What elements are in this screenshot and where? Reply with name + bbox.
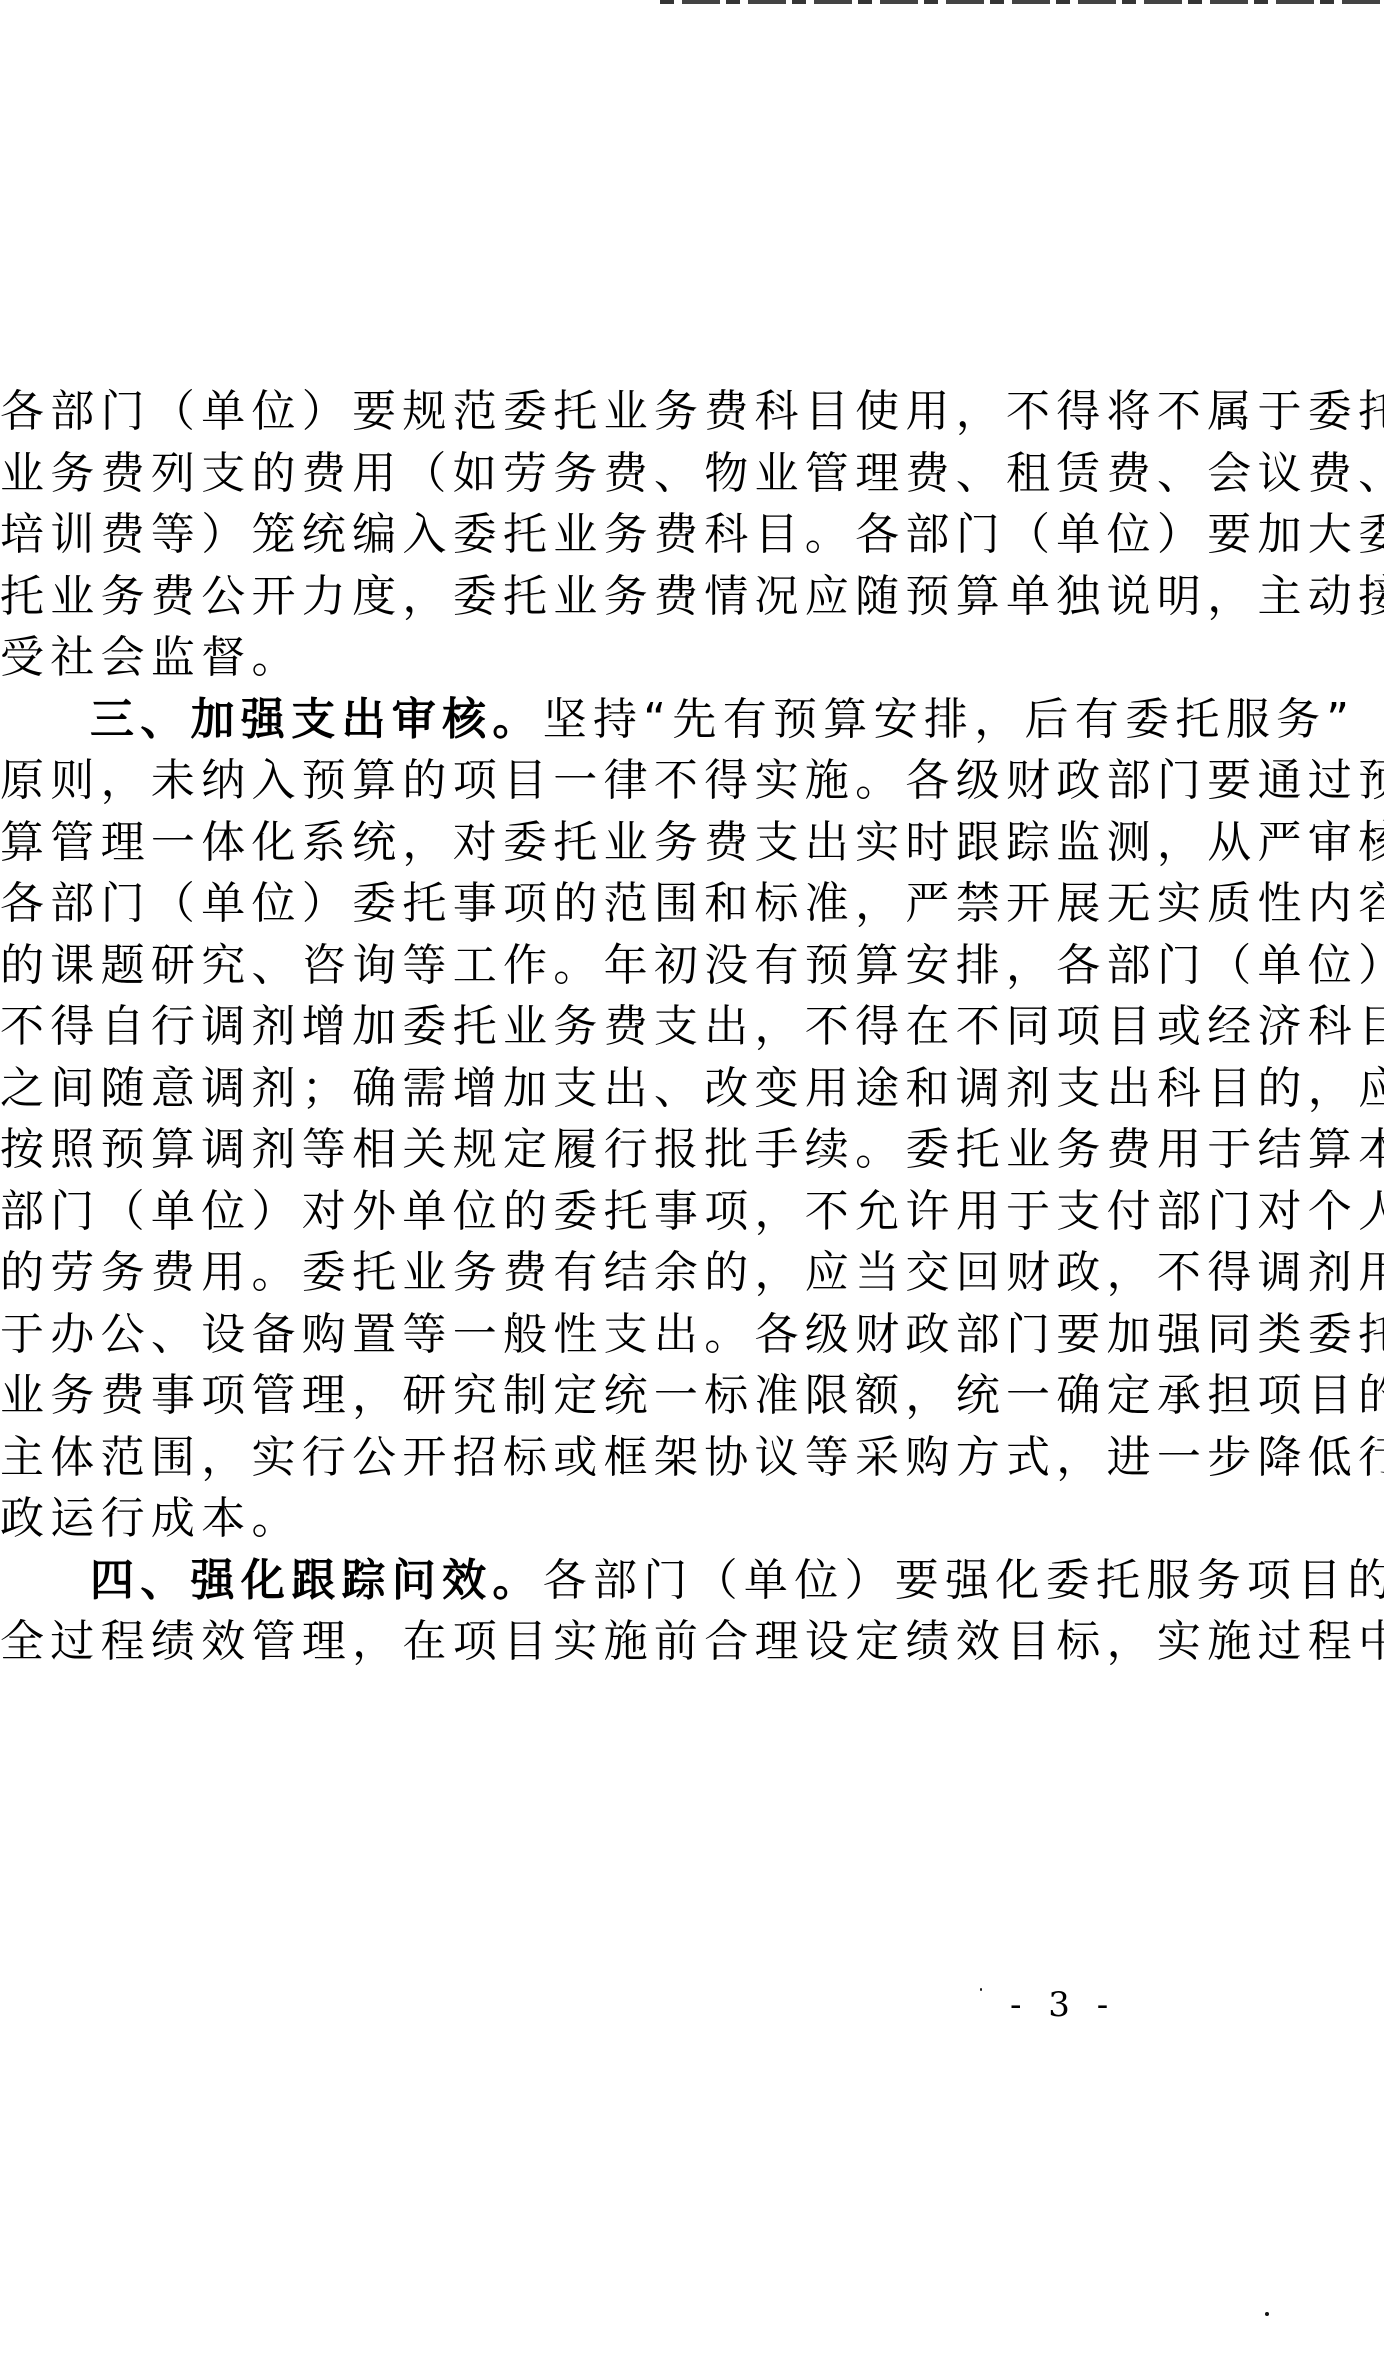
text-line: 政运行成本。 bbox=[0, 1488, 1130, 1550]
text-line: 于办公、设备购置等一般性支出。各级财政部门要加强同类委托 bbox=[0, 1304, 1130, 1366]
page-number: - 3 - bbox=[1010, 1985, 1116, 2025]
scan-speck bbox=[1265, 2312, 1269, 2316]
scan-edge-artifact bbox=[660, 0, 1384, 4]
text-line: 按照预算调剂等相关规定履行报批手续。委托业务费用于结算本 bbox=[0, 1119, 1130, 1181]
section-heading-four: 四、强化跟踪问效。 bbox=[90, 1555, 543, 1606]
text-line: 培训费等）笼统编入委托业务费科目。各部门（单位）要加大委 bbox=[0, 504, 1130, 566]
text-line: 之间随意调剂；确需增加支出、改变用途和调剂支出科目的，应 bbox=[0, 1058, 1130, 1120]
text-line: 全过程绩效管理，在项目实施前合理设定绩效目标，实施过程中 bbox=[0, 1611, 1130, 1673]
text-line: 算管理一体化系统，对委托业务费支出实时跟踪监测，从严审核 bbox=[0, 812, 1130, 874]
text-line: 托业务费公开力度，委托业务费情况应随预算单独说明，主动接 bbox=[0, 566, 1130, 628]
scan-speck bbox=[980, 1988, 982, 1991]
text-line: 业务费事项管理，研究制定统一标准限额，统一确定承担项目的 bbox=[0, 1365, 1130, 1427]
text-line: 受社会监督。 bbox=[0, 627, 1130, 689]
section-four-line: 四、强化跟踪问效。各部门（单位）要强化委托服务项目的 bbox=[0, 1550, 1130, 1612]
text-line: 部门（单位）对外单位的委托事项，不允许用于支付部门对个人 bbox=[0, 1181, 1130, 1243]
text-line: 各部门（单位）要规范委托业务费科目使用，不得将不属于委托 bbox=[0, 381, 1130, 443]
section-heading-three: 三、加强支出审核。 bbox=[90, 694, 543, 745]
section-text: 各部门（单位）要强化委托服务项目的 bbox=[543, 1555, 1384, 1606]
text-line: 的课题研究、咨询等工作。年初没有预算安排，各部门（单位） bbox=[0, 935, 1130, 997]
section-text: 坚持“先有预算安排，后有委托服务” bbox=[543, 694, 1356, 745]
text-line: 不得自行调剂增加委托业务费支出，不得在不同项目或经济科目 bbox=[0, 996, 1130, 1058]
document-body: 各部门（单位）要规范委托业务费科目使用，不得将不属于委托 业务费列支的费用（如劳… bbox=[0, 381, 1130, 1673]
section-three-line: 三、加强支出审核。坚持“先有预算安排，后有委托服务” bbox=[0, 689, 1130, 751]
text-line: 原则，未纳入预算的项目一律不得实施。各级财政部门要通过预 bbox=[0, 750, 1130, 812]
text-line: 主体范围，实行公开招标或框架协议等采购方式，进一步降低行 bbox=[0, 1427, 1130, 1489]
text-line: 各部门（单位）委托事项的范围和标准，严禁开展无实质性内容 bbox=[0, 873, 1130, 935]
text-line: 的劳务费用。委托业务费有结余的，应当交回财政，不得调剂用 bbox=[0, 1242, 1130, 1304]
text-line: 业务费列支的费用（如劳务费、物业管理费、租赁费、会议费、 bbox=[0, 443, 1130, 505]
